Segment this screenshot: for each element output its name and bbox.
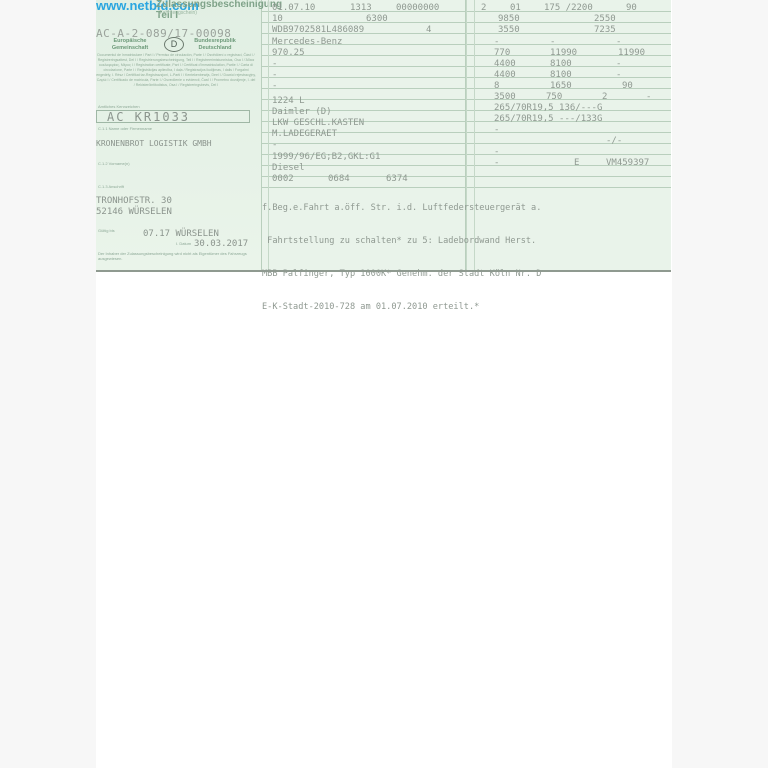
tech-row5-c: 11990: [618, 48, 645, 58]
tech-row8-c: 90: [622, 81, 633, 91]
tech-row7-c: -: [616, 70, 621, 80]
manufacturer: Daimler (D): [272, 107, 332, 117]
tech-row9-a: 3500: [494, 92, 516, 102]
vehicle-model: 1224 L: [272, 96, 305, 106]
remark-line: Fahrtstellung zu schalten* zu 5: Ladebor…: [262, 236, 662, 247]
remark-line: E-K-Stadt-2010-728 am 01.07.2010 erteilt…: [262, 302, 662, 313]
tech-row6-a: 4400: [494, 59, 516, 69]
max-speed: 90: [626, 3, 637, 13]
issue-place: 07.17 WÜRSELEN: [143, 229, 219, 239]
tech-row2-b: 2550: [594, 14, 616, 24]
fuel-type: Diesel: [272, 163, 305, 173]
driven-axles: 01: [510, 3, 521, 13]
vin-check-digit: 4: [426, 25, 431, 35]
remarks-block: f.Beg.e.Fahrt a.öff. Str. i.d. Luftfeder…: [262, 181, 662, 335]
eu-label: Europäische Gemeinschaft: [110, 38, 150, 52]
license-plate: AC KR1033: [96, 110, 250, 123]
first-registration: 01.07.10: [272, 3, 315, 13]
emission-class: 1999/96/EG;B2,GKL:G1: [272, 152, 380, 162]
power-rpm: 175 /2200: [544, 3, 593, 13]
tech-row5-b: 11990: [550, 48, 577, 58]
dash-1: -: [272, 59, 277, 69]
remark-line: f.Beg.e.Fahrt a.öff. Str. i.d. Luftfeder…: [262, 203, 662, 214]
registration-certificate: www.netbid.com Zulassungsbescheinigung T…: [96, 0, 671, 272]
remark-line: MBB Palfinger, Typ 1000K* Genehm. der St…: [262, 269, 662, 280]
tech-row2-a: 9850: [498, 14, 520, 24]
tech-dash-b: -/-: [606, 136, 622, 146]
tech-dash-c: -: [494, 147, 499, 157]
issue-date: 30.03.2017: [194, 239, 248, 249]
tech-row7-b: 8100: [550, 70, 572, 80]
tech-row8-a: 8: [494, 81, 499, 91]
tech-row3-b: 7235: [594, 25, 616, 35]
multilingual-fine-print: Documentul de înmatriculare / Part I / P…: [96, 53, 256, 88]
tech-row6-b: 8100: [550, 59, 572, 69]
dash-3: -: [272, 81, 277, 91]
firstname-label: C.1.2 Vorname(n): [98, 161, 130, 166]
field-4: 6300: [366, 14, 388, 24]
tech-row3-a: 3550: [498, 25, 520, 35]
vin: WDB9702581L486089: [272, 25, 364, 35]
tech-row4-b: -: [550, 37, 555, 47]
body-type-2: M.LADEGERAET: [272, 129, 337, 139]
tech-dash-a: -: [494, 125, 499, 135]
tech-dash-d: -: [494, 158, 499, 168]
tech-row9-b: 750: [546, 92, 562, 102]
address-label: C.1.3 Anschrift: [98, 184, 124, 189]
tech-row5-a: 770: [494, 48, 510, 58]
code-2-2: 00000000: [396, 3, 439, 13]
tech-row4-c: -: [616, 37, 621, 47]
axles: 2: [481, 3, 486, 13]
country-label: Bundesrepublik Deutschland: [190, 38, 240, 52]
holder-address: TRONHOFSTR. 30 52146 WÜRSELEN: [96, 196, 172, 218]
type-code: 970.25: [272, 48, 305, 58]
ownership-note: Der Inhaber der Zulassungsbescheinigung …: [98, 251, 248, 261]
tech-row9-c: 2: [602, 92, 607, 102]
dash-2: -: [272, 70, 277, 80]
country-oval-icon: D: [164, 37, 184, 52]
holder-street: TRONHOFSTR. 30: [96, 196, 172, 207]
code-2-1: 1313: [350, 3, 372, 13]
tyre-size-1: 265/70R19,5 136/---G: [494, 103, 602, 113]
document-subtitle: (Fahrzeugschein): [158, 10, 197, 16]
tech-row9-d: -: [646, 92, 651, 102]
name-label: C.1.1 Name oder Firmenname: [98, 126, 152, 131]
flag-e: E: [574, 158, 579, 168]
reference-number: VM459397: [606, 158, 649, 168]
tyre-size-2: 265/70R19,5 ---/133G: [494, 114, 602, 124]
vehicle-make: Mercedes-Benz: [272, 37, 342, 47]
field-3: 10: [272, 14, 283, 24]
issue-date-label: I. Datum: [176, 241, 191, 246]
tech-row4-a: -: [494, 37, 499, 47]
body-type-1: LKW GESCHL.KASTEN: [272, 118, 364, 128]
holder-city: 52146 WÜRSELEN: [96, 207, 172, 218]
tech-row7-a: 4400: [494, 70, 516, 80]
holder-section: www.netbid.com Zulassungsbescheinigung T…: [96, 0, 262, 270]
dash-4: -: [272, 140, 277, 150]
plate-label: Amtliches Kennzeichen: [98, 104, 140, 109]
tech-row8-b: 1650: [550, 81, 572, 91]
valid-label: Gültig bis: [98, 228, 115, 233]
holder-name: KRONENBROT LOGISTIK GMBH: [96, 139, 212, 148]
tech-row6-c: -: [616, 59, 621, 69]
